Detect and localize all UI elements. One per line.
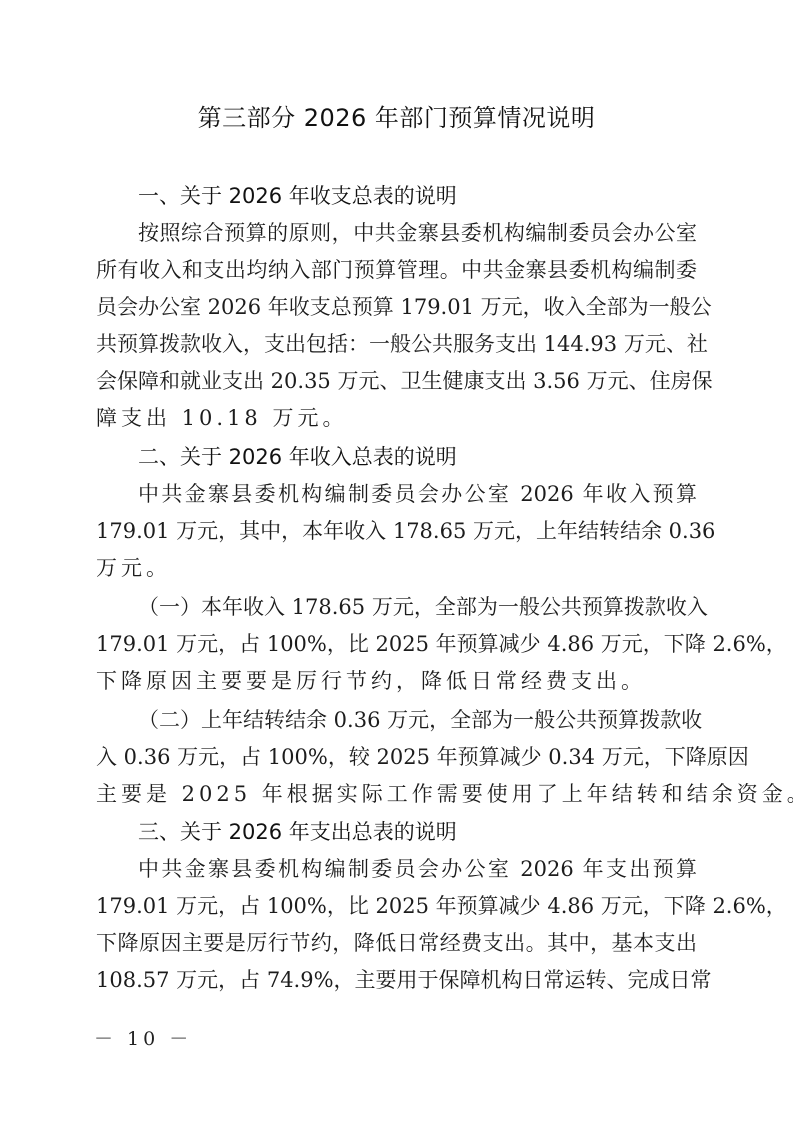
section-heading-2: 二、关于 2026 年收入总表的说明 [138,442,457,472]
paragraph-line: 所有收入和支出均纳入部门预算管理。中共金寨县委机构编制委 [96,255,697,285]
paragraph-line: 179.01 万元，占 100%，比 2025 年预算减少 4.86 万元，下降… [96,629,697,659]
paragraph-line: 中共金寨县委机构编制委员会办公室 2026 年支出预算 [138,854,697,884]
paragraph-line: 108.57 万元，占 74.9%，主要用于保障机构日常运转、完成日常 [96,965,697,995]
section-heading-3: 三、关于 2026 年支出总表的说明 [138,817,457,847]
page-number: － 10 － [94,1024,192,1051]
page-title: 第三部分 2026 年部门预算情况说明 [0,98,793,133]
paragraph-line: 按照综合预算的原则，中共金寨县委机构编制委员会办公室 [138,218,697,248]
paragraph-line: 179.01 万元，占 100%，比 2025 年预算减少 4.86 万元，下降… [96,891,697,921]
paragraph-line: 共预算拨款收入，支出包括：一般公共服务支出 144.93 万元、社 [96,329,697,359]
paragraph-line: 下降原因主要要是厉行节约，降低日常经费支出。 [96,666,697,696]
paragraph-line: 入 0.36 万元，占 100%，较 2025 年预算减少 0.34 万元，下降… [96,742,697,772]
paragraph-line: （一）本年收入 178.65 万元，全部为一般公共预算拨款收入 [138,592,697,622]
paragraph-line: 下降原因主要是厉行节约，降低日常经费支出。其中，基本支出 [96,928,697,958]
paragraph-line: 障支出 10.18 万元。 [96,403,697,433]
section-heading-1: 一、关于 2026 年收支总表的说明 [138,181,457,211]
paragraph-line: 会保障和就业支出 20.35 万元、卫生健康支出 3.56 万元、住房保 [96,366,697,396]
paragraph-line: 万元。 [96,553,697,583]
paragraph-line: 主要是 2025 年根据实际工作需要使用了上年结转和结余资金。 [96,779,697,809]
paragraph-line: 员会办公室 2026 年收支总预算 179.01 万元，收入全部为一般公 [96,292,697,322]
paragraph-line: 中共金寨县委机构编制委员会办公室 2026 年收入预算 [138,479,697,509]
paragraph-line: （二）上年结转结余 0.36 万元，全部为一般公共预算拨款收 [138,705,697,735]
paragraph-line: 179.01 万元，其中，本年收入 178.65 万元，上年结转结余 0.36 [96,516,697,546]
document-page: 第三部分 2026 年部门预算情况说明 一、关于 2026 年收支总表的说明 按… [0,0,793,1122]
